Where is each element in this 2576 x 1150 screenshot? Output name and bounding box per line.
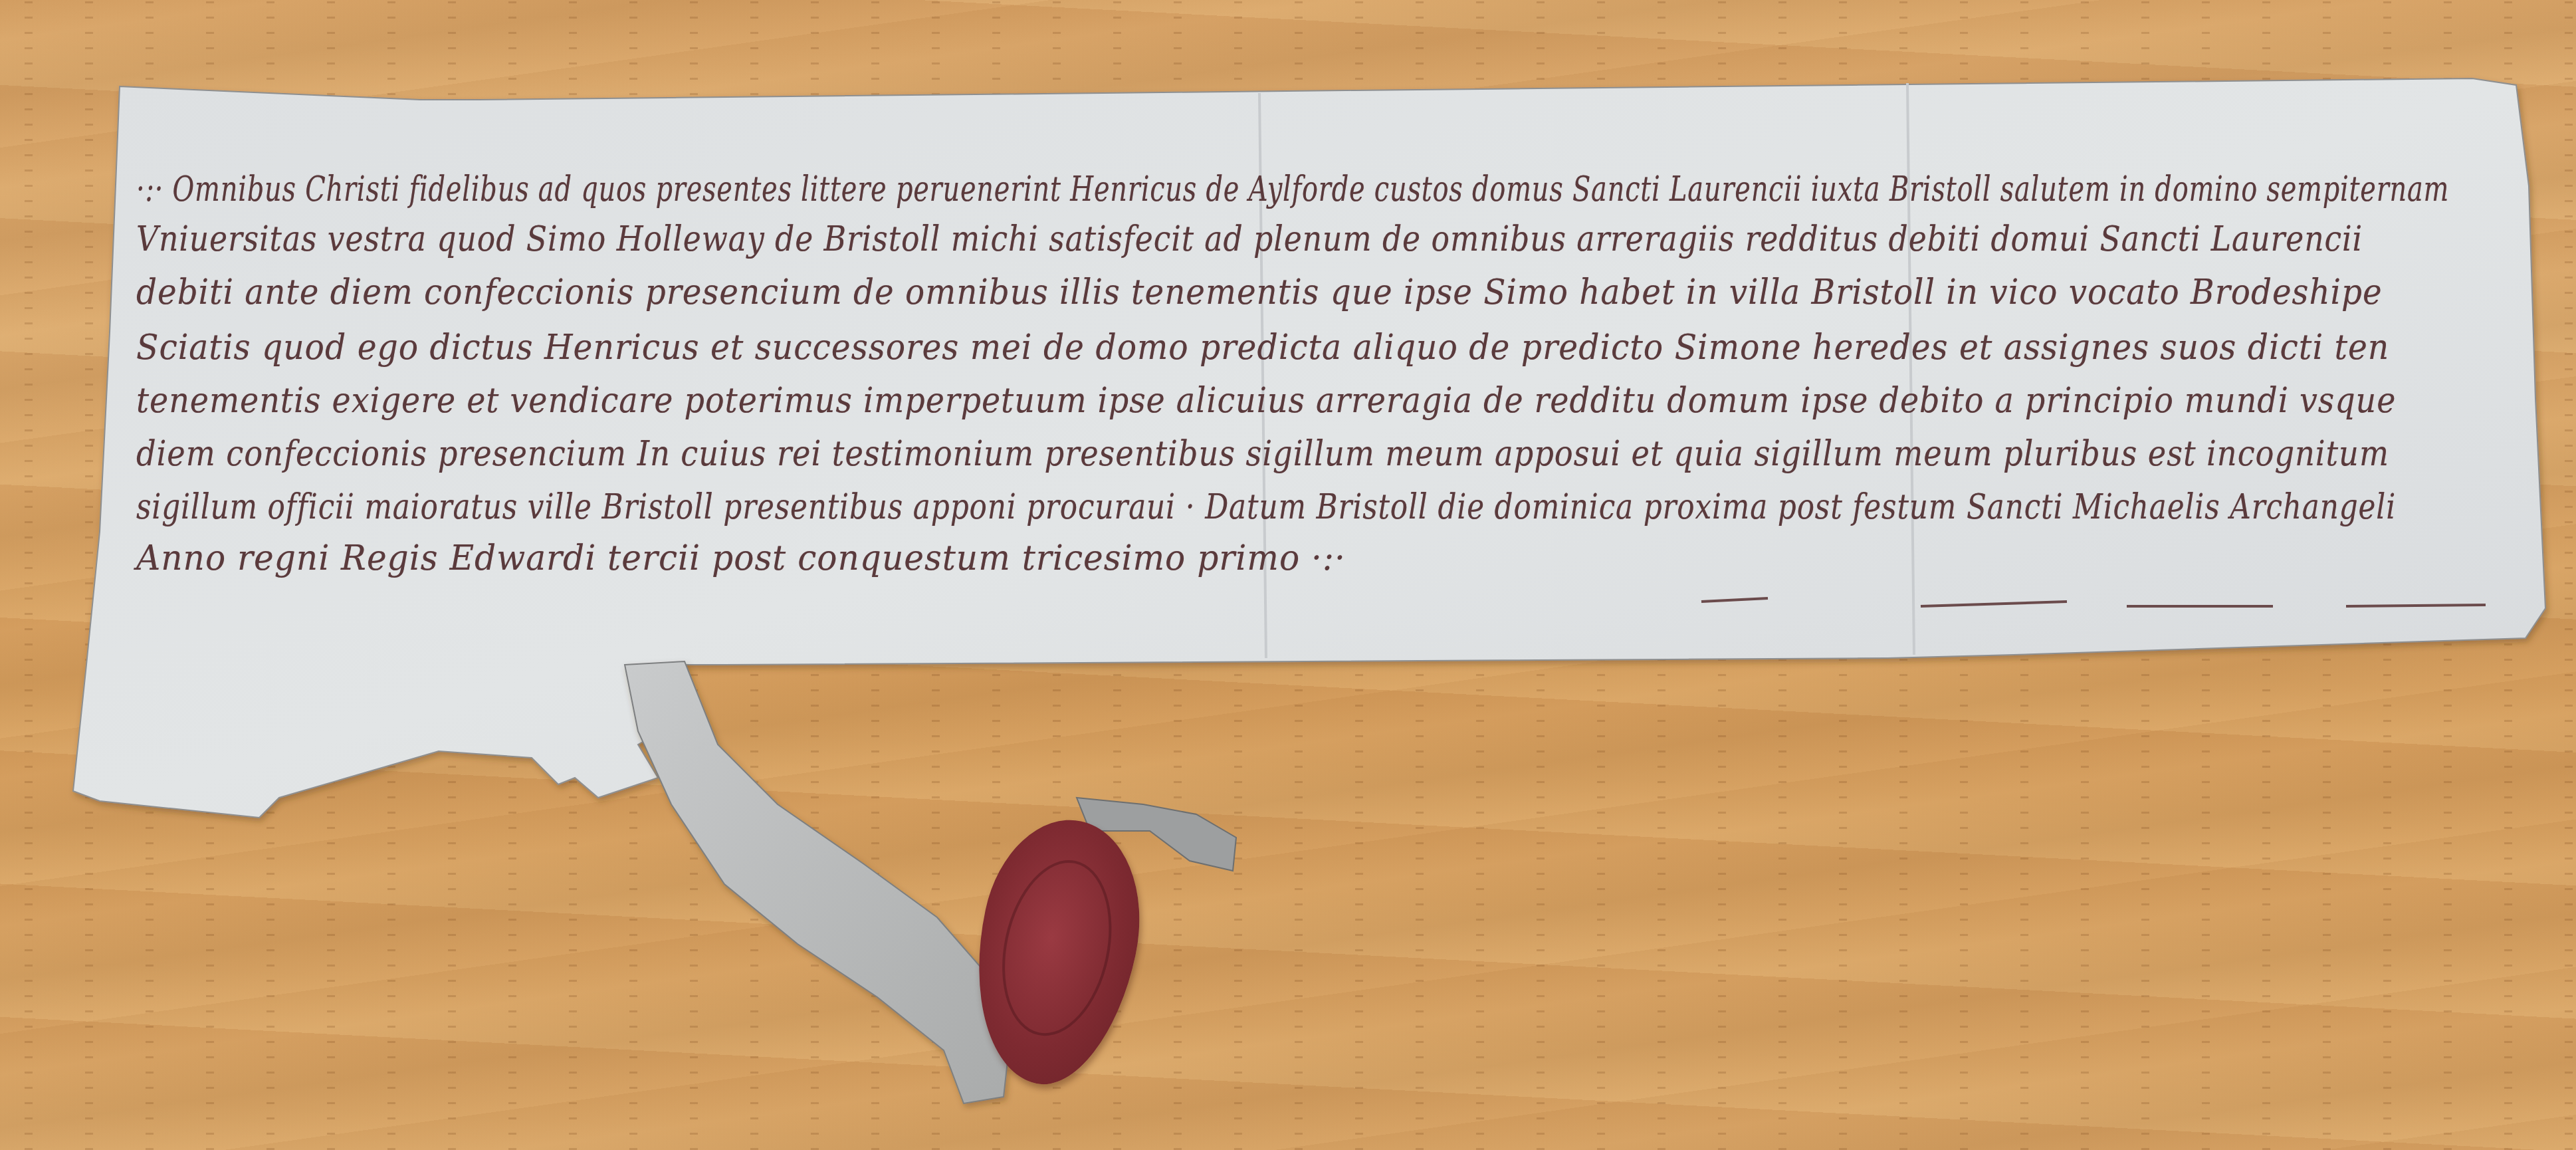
text-line-6: diem confeccionis presencium In cuius re… (136, 434, 2389, 474)
text-line-5: tenementis exigere et vendicare poterimu… (136, 381, 2396, 421)
text-line-4: Sciatis quod ego dictus Henricus et succ… (136, 328, 2389, 368)
text-line-7: sigillum officii maioratus ville Bristol… (136, 487, 2396, 527)
text-line-8: Anno regni Regis Edwardi tercii post con… (136, 538, 1346, 578)
seal-impression (987, 850, 1127, 1046)
line-filler (2346, 605, 2486, 606)
text-line-3: debiti ante diem confeccionis presencium… (136, 273, 2383, 312)
charter: ·:· Omnibus Christi fidelibus ad quos pr… (0, 0, 2576, 1150)
parchment-tag (625, 661, 1010, 1103)
text-line-1: ·:· Omnibus Christi fidelibus ad quos pr… (136, 170, 2449, 209)
text-line-2: Vniuersitas vestra quod Simo Holleway de… (136, 219, 2363, 259)
